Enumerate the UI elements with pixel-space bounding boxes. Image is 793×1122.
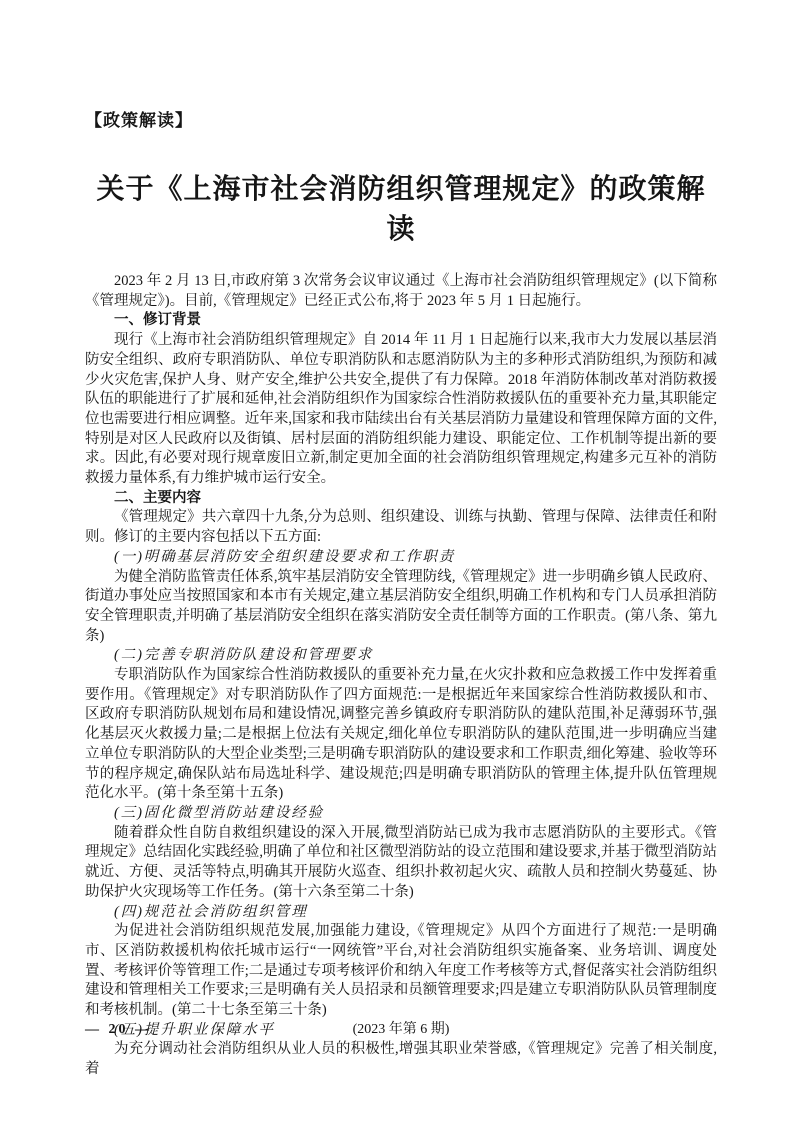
subsection-1-paragraph: 为健全消防监管责任体系,筑牢基层消防安全管理防线,《管理规定》进一步明确乡镇人民…: [85, 568, 717, 647]
page-footer: — 20 — (2023 年第 6 期): [85, 1021, 717, 1039]
section-heading-1: 一、修订背景: [85, 311, 717, 331]
section-1-paragraph: 现行《上海市社会消防组织管理规定》自 2014 年 11 月 1 日起施行以来,…: [85, 331, 717, 489]
page-number: — 20 —: [85, 1021, 152, 1039]
subsection-heading-3: (三)固化微型消防站建设经验: [85, 804, 717, 824]
section-heading-2: 二、主要内容: [85, 489, 717, 509]
document-page: 【政策解读】 关于《上海市社会消防组织管理规定》的政策解读 2023 年 2 月…: [0, 0, 793, 1122]
subsection-3-paragraph: 随着群众性自防自救组织建设的深入开展,微型消防站已成为我市志愿消防队的主要形式。…: [85, 824, 717, 903]
subsection-heading-2: (二)完善专职消防队建设和管理要求: [85, 646, 717, 666]
category-label: 【政策解读】: [85, 106, 717, 131]
subsection-2-paragraph: 专职消防队作为国家综合性消防救援队的重要补充力量,在火灾扑救和应急救援工作中发挥…: [85, 666, 717, 804]
subsection-4-paragraph: 为促进社会消防组织规范发展,加强能力建设,《管理规定》从四个方面进行了规范:一是…: [85, 922, 717, 1021]
article-title: 关于《上海市社会消防组织管理规定》的政策解读: [85, 167, 717, 247]
subsection-5-paragraph: 为充分调动社会消防组织从业人员的积极性,增强其职业荣誉感,《管理规定》完善了相关…: [85, 1040, 717, 1079]
subsection-heading-1: (一)明确基层消防安全组织建设要求和工作职责: [85, 548, 717, 568]
intro-paragraph: 2023 年 2 月 13 日,市政府第 3 次常务会议审议通过《上海市社会消防…: [85, 272, 717, 311]
section-2-lead-paragraph: 《管理规定》共六章四十九条,分为总则、组织建设、训练与执勤、管理与保障、法律责任…: [85, 508, 717, 547]
article-body: 2023 年 2 月 13 日,市政府第 3 次常务会议审议通过《上海市社会消防…: [85, 272, 717, 1080]
issue-label: (2023 年第 6 期): [85, 1021, 717, 1039]
article: 【政策解读】 关于《上海市社会消防组织管理规定》的政策解读 2023 年 2 月…: [85, 0, 717, 1080]
subsection-heading-4: (四)规范社会消防组织管理: [85, 903, 717, 923]
